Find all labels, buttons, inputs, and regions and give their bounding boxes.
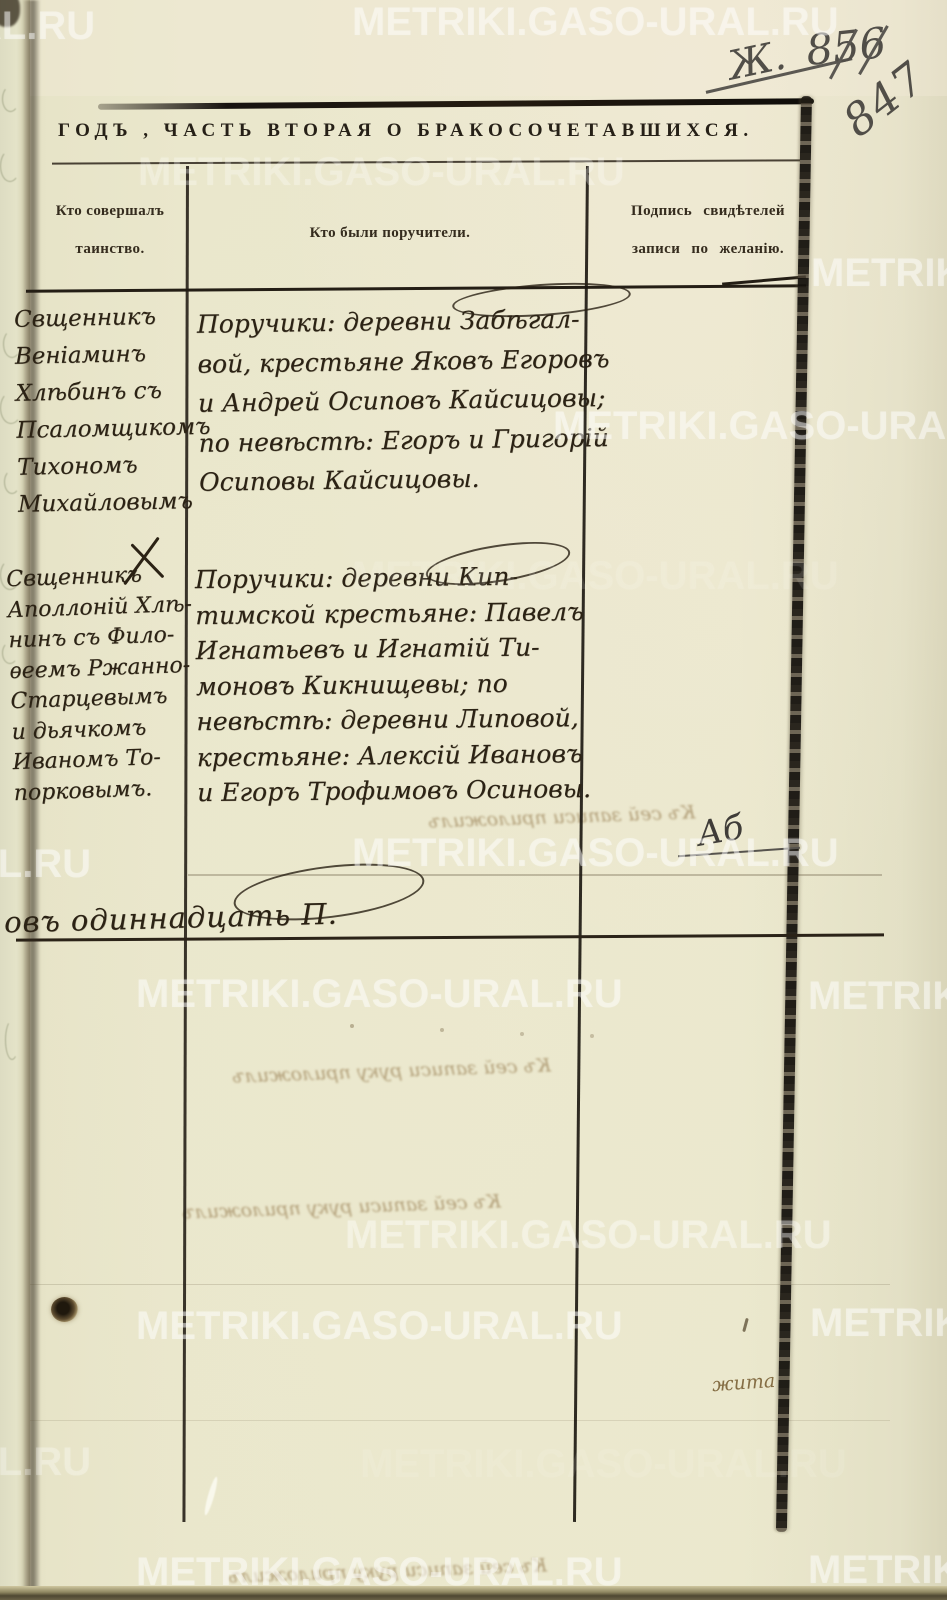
watermark: METRIKI.GASO-URAL.RU — [352, 831, 839, 876]
bleedthrough-dots — [350, 1024, 354, 1028]
column-header-officiant-line1: Кто совершалъ — [36, 192, 184, 230]
handwritten-line: Хлѣбинъ съ — [15, 372, 188, 413]
watermark: METRIKI.GASO-URAL.RU — [136, 1550, 623, 1595]
column-header-bottom-line — [26, 284, 806, 292]
right-edge-faint-note: жита — [711, 1370, 776, 1396]
column-header-witness: Подпись свидѣтелей записи по желанію. — [614, 192, 802, 268]
watermark-fragment: RAL.RU — [0, 1440, 91, 1485]
watermark-fragment: METRIKI — [808, 974, 947, 1019]
bottom-margin-note: овъ одиннадцать П. — [4, 897, 339, 940]
watermark: METRIKI.GASO-URAL.RU — [352, 0, 839, 45]
handwritten-line: Веніаминъ — [14, 335, 187, 376]
bleedthrough-line: Къ сей записи руку приложилъ — [232, 1054, 552, 1087]
handwritten-line: порковымъ. — [13, 772, 196, 809]
edge-ink-fragment — [0, 150, 20, 182]
watermark: METRIKI.GASO-URAL.RU — [360, 1442, 847, 1487]
handwritten-line: Игнатьевъ и Игнатій Ти- — [195, 629, 605, 669]
handwritten-line: тимской крестьяне: Павелъ — [195, 593, 605, 633]
scanned-metrical-book-page: Къ сей записи приложилъ Къ сей записи ру… — [0, 0, 947, 1600]
watermark: METRIKI.GASO-URAL.RU — [138, 150, 625, 195]
column-header-officiant-line2: таинство. — [36, 230, 184, 268]
handwritten-line: Старцевымъ — [10, 681, 193, 718]
binding-hole — [51, 1297, 78, 1322]
faint-ruling — [30, 1284, 890, 1285]
column-header-officiant: Кто совершалъ таинство. — [36, 192, 184, 268]
watermark: METRIKI.GASO-URAL.RU — [553, 404, 947, 449]
ink-tick — [742, 1318, 749, 1332]
handwritten-line: Псаломщикомъ — [16, 409, 189, 450]
watermark-fragment: METRIKI — [810, 1301, 947, 1346]
watermark-fragment: METRIKI — [811, 251, 947, 296]
watermark: METRIKI.GASO-URAL.RU — [352, 554, 839, 599]
handwritten-line: крестьяне: Алексій Ивановъ — [197, 735, 607, 775]
watermark: METRIKI.GASO-URAL.RU — [136, 972, 623, 1017]
column-header-guarantors: Кто были поручители. — [196, 214, 584, 252]
watermark: METRIKI.GASO-URAL.RU — [345, 1213, 832, 1258]
handwritten-line: Осиповы Кайсицовы. — [199, 457, 600, 502]
handwritten-line: Тихономъ — [17, 446, 190, 487]
record-1-guarantors: Поручики: деревни Забѣгал- вой, крестьян… — [197, 299, 600, 502]
column-header-witness-line2: записи по желанію. — [614, 230, 802, 268]
handwritten-line: Свщенникъ — [14, 298, 187, 339]
watermark-fragment: METRIKI — [808, 1548, 947, 1593]
paper-scratch — [203, 1476, 220, 1516]
table-top-border — [98, 98, 814, 110]
handwritten-line: вой, крестьяне Яковъ Егоровъ — [197, 339, 598, 384]
watermark-fragment: RAL.RU — [0, 4, 95, 49]
page-title: ГОДЪ , ЧАСТЬ ВТОРАЯ О БРАКОСОЧЕТАВШИХСЯ. — [58, 120, 754, 142]
faint-ruling — [30, 1420, 890, 1421]
edge-ink-fragment — [5, 1020, 19, 1060]
record-1-officiant: Свщенникъ Веніаминъ Хлѣбинъ съ Псаломщик… — [14, 298, 191, 524]
watermark-fragment: RAL.RU — [0, 842, 91, 887]
column-header-witness-line1: Подпись свидѣтелей — [614, 192, 802, 230]
handwritten-line: и Андрей Осиповъ Кайсицовы; — [198, 378, 599, 423]
watermark: METRIKI.GASO-URAL.RU — [136, 1304, 623, 1349]
record-2-officiant: Свщенникъ Аполлоній Хлѣ- нинъ съ Фило- ѳ… — [6, 559, 196, 809]
table-right-border-charcoal — [776, 96, 812, 1532]
edge-ink-fragment — [2, 86, 19, 112]
handwritten-line: по невѣстѣ: Егоръ и Григорій — [198, 418, 599, 463]
handwritten-line: Михайловымъ — [18, 483, 191, 524]
handwritten-line: невѣстѣ: деревни Липовой, — [196, 700, 606, 740]
handwritten-line: Поручики: деревни Забѣгал- — [197, 299, 598, 344]
handwritten-line: моновъ Кикнищевы; по — [196, 664, 606, 704]
handwritten-line: и Егоръ Трофимовъ Осиновы. — [197, 771, 607, 811]
